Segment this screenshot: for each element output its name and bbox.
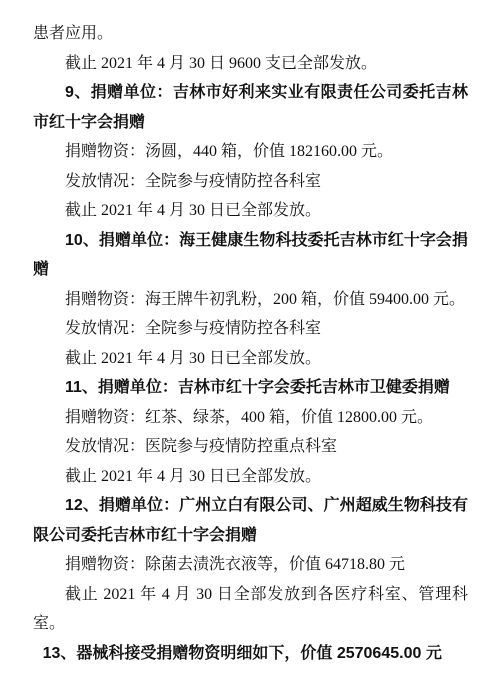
heading-donation-item-13: 13、器械科接受捐赠物资明细如下，价值 2570645.00 元 [33, 639, 468, 669]
heading-donation-item-10: 10、捐赠单位：海王健康生物科技委托吉林市红十字会捐赠 [33, 226, 468, 285]
paragraph-item10-materials: 捐赠物资：海王牌牛初乳粉，200 箱，价值 59400.00 元。 [33, 285, 468, 315]
heading-donation-item-9: 9、捐赠单位：吉林市好利来实业有限责任公司委托吉林市红十字会捐赠 [33, 78, 468, 137]
paragraph-item11-materials: 捐赠物资：红茶、绿茶，400 箱，价值 12800.00 元。 [33, 403, 468, 433]
document-page: 患者应用。 截止 2021 年 4 月 30 日 9600 支已全部发放。 9、… [0, 0, 482, 700]
paragraph-item12-status: 截止 2021 年 4 月 30 日全部发放到各医疗科室、管理科室。 [33, 580, 468, 639]
paragraph-item11-distribution: 发放情况：医院参与疫情防控重点科室 [33, 432, 468, 462]
heading-donation-item-11: 11、捐赠单位：吉林市红十字会委托吉林市卫健委捐赠 [33, 373, 468, 403]
paragraph-item9-distribution: 发放情况：全院参与疫情防控各科室 [33, 167, 468, 197]
paragraph-item12-materials: 捐赠物资：除菌去渍洗衣液等，价值 64718.80 元 [33, 550, 468, 580]
paragraph-item10-distribution: 发放情况：全院参与疫情防控各科室 [33, 314, 468, 344]
paragraph-item11-status: 截止 2021 年 4 月 30 日已全部发放。 [33, 462, 468, 492]
paragraph-item9-status: 截止 2021 年 4 月 30 日已全部发放。 [33, 196, 468, 226]
heading-donation-item-12: 12、捐赠单位：广州立白有限公司、广州超威生物科技有限公司委托吉林市红十字会捐赠 [33, 491, 468, 550]
paragraph-item10-status: 截止 2021 年 4 月 30 日已全部发放。 [33, 344, 468, 374]
paragraph-item8-status: 截止 2021 年 4 月 30 日 9600 支已全部发放。 [33, 49, 468, 79]
paragraph-item9-materials: 捐赠物资：汤圆，440 箱，价值 182160.00 元。 [33, 137, 468, 167]
paragraph-patient-use-tail: 患者应用。 [33, 19, 468, 49]
